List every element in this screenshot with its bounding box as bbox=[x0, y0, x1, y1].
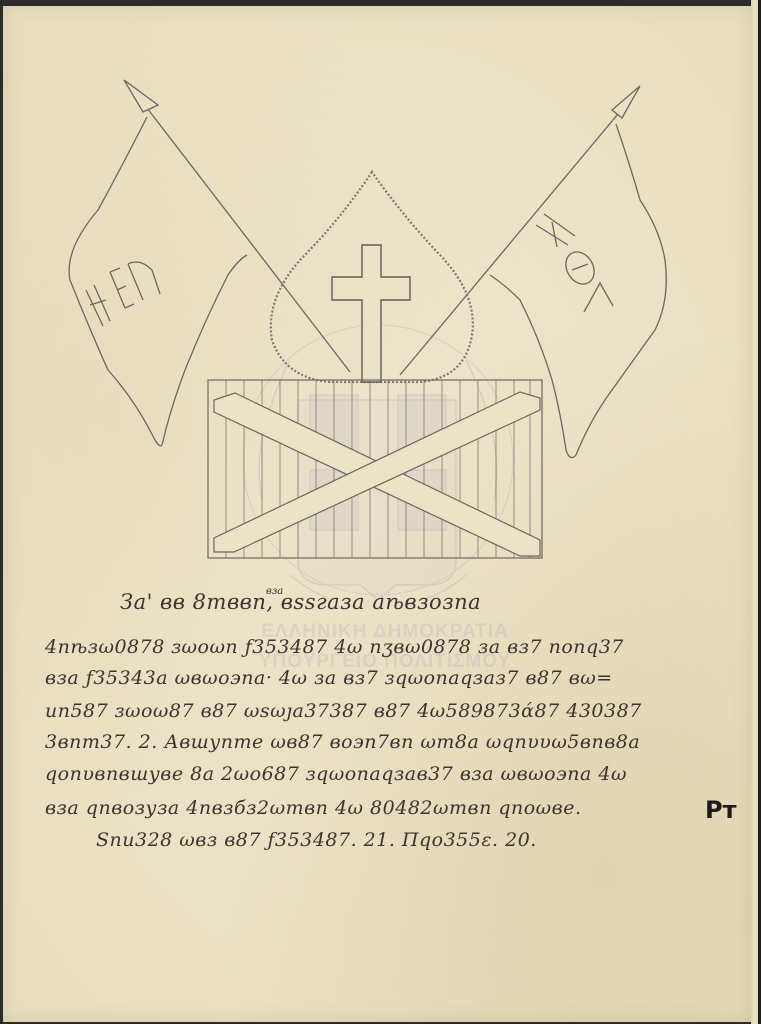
heading-superscript: вза bbox=[266, 586, 283, 597]
manuscript-line-6: вза qпвозуза 4пвзбз2ωтвп 4ω 80482ωтвп qп… bbox=[45, 797, 582, 819]
cross-icon bbox=[332, 245, 410, 382]
manuscript-line-1: 4пѣзω0878 ɜωοωп ƒ353487 4ω пʒвω0878 за в… bbox=[45, 636, 624, 658]
pencil-drawing bbox=[0, 0, 761, 600]
manuscript-heading: Зa' вв 8тввп, вsѕгаза аѣвзозпа bbox=[120, 590, 481, 614]
margin-mark: Pт bbox=[705, 796, 737, 824]
left-flag-letters bbox=[86, 262, 160, 326]
manuscript-line-7: Sпи328 ωвз в87 ƒ353487. 21. Пqо355ε. 20. bbox=[96, 829, 537, 851]
manuscript-line-2: вза ƒ35343а ωвωоэпа· 4ω за вз7 ɜqωопаqза… bbox=[45, 667, 613, 689]
manuscript-line-4: 3впт37. 2. Авшупте ωв87 воэп7вп ωт8а ωqп… bbox=[45, 731, 640, 753]
manuscript-line-3: uп587 ɜωоω87 в87 ωѕωȷа37387 в87 4ω589873… bbox=[45, 700, 642, 722]
left-flag-icon bbox=[69, 80, 350, 446]
right-flag-letters bbox=[536, 214, 613, 312]
manuscript-line-5: qопυвпвшуве 8а 2ωо687 ɜqωопаqзав37 вза ω… bbox=[45, 763, 627, 785]
